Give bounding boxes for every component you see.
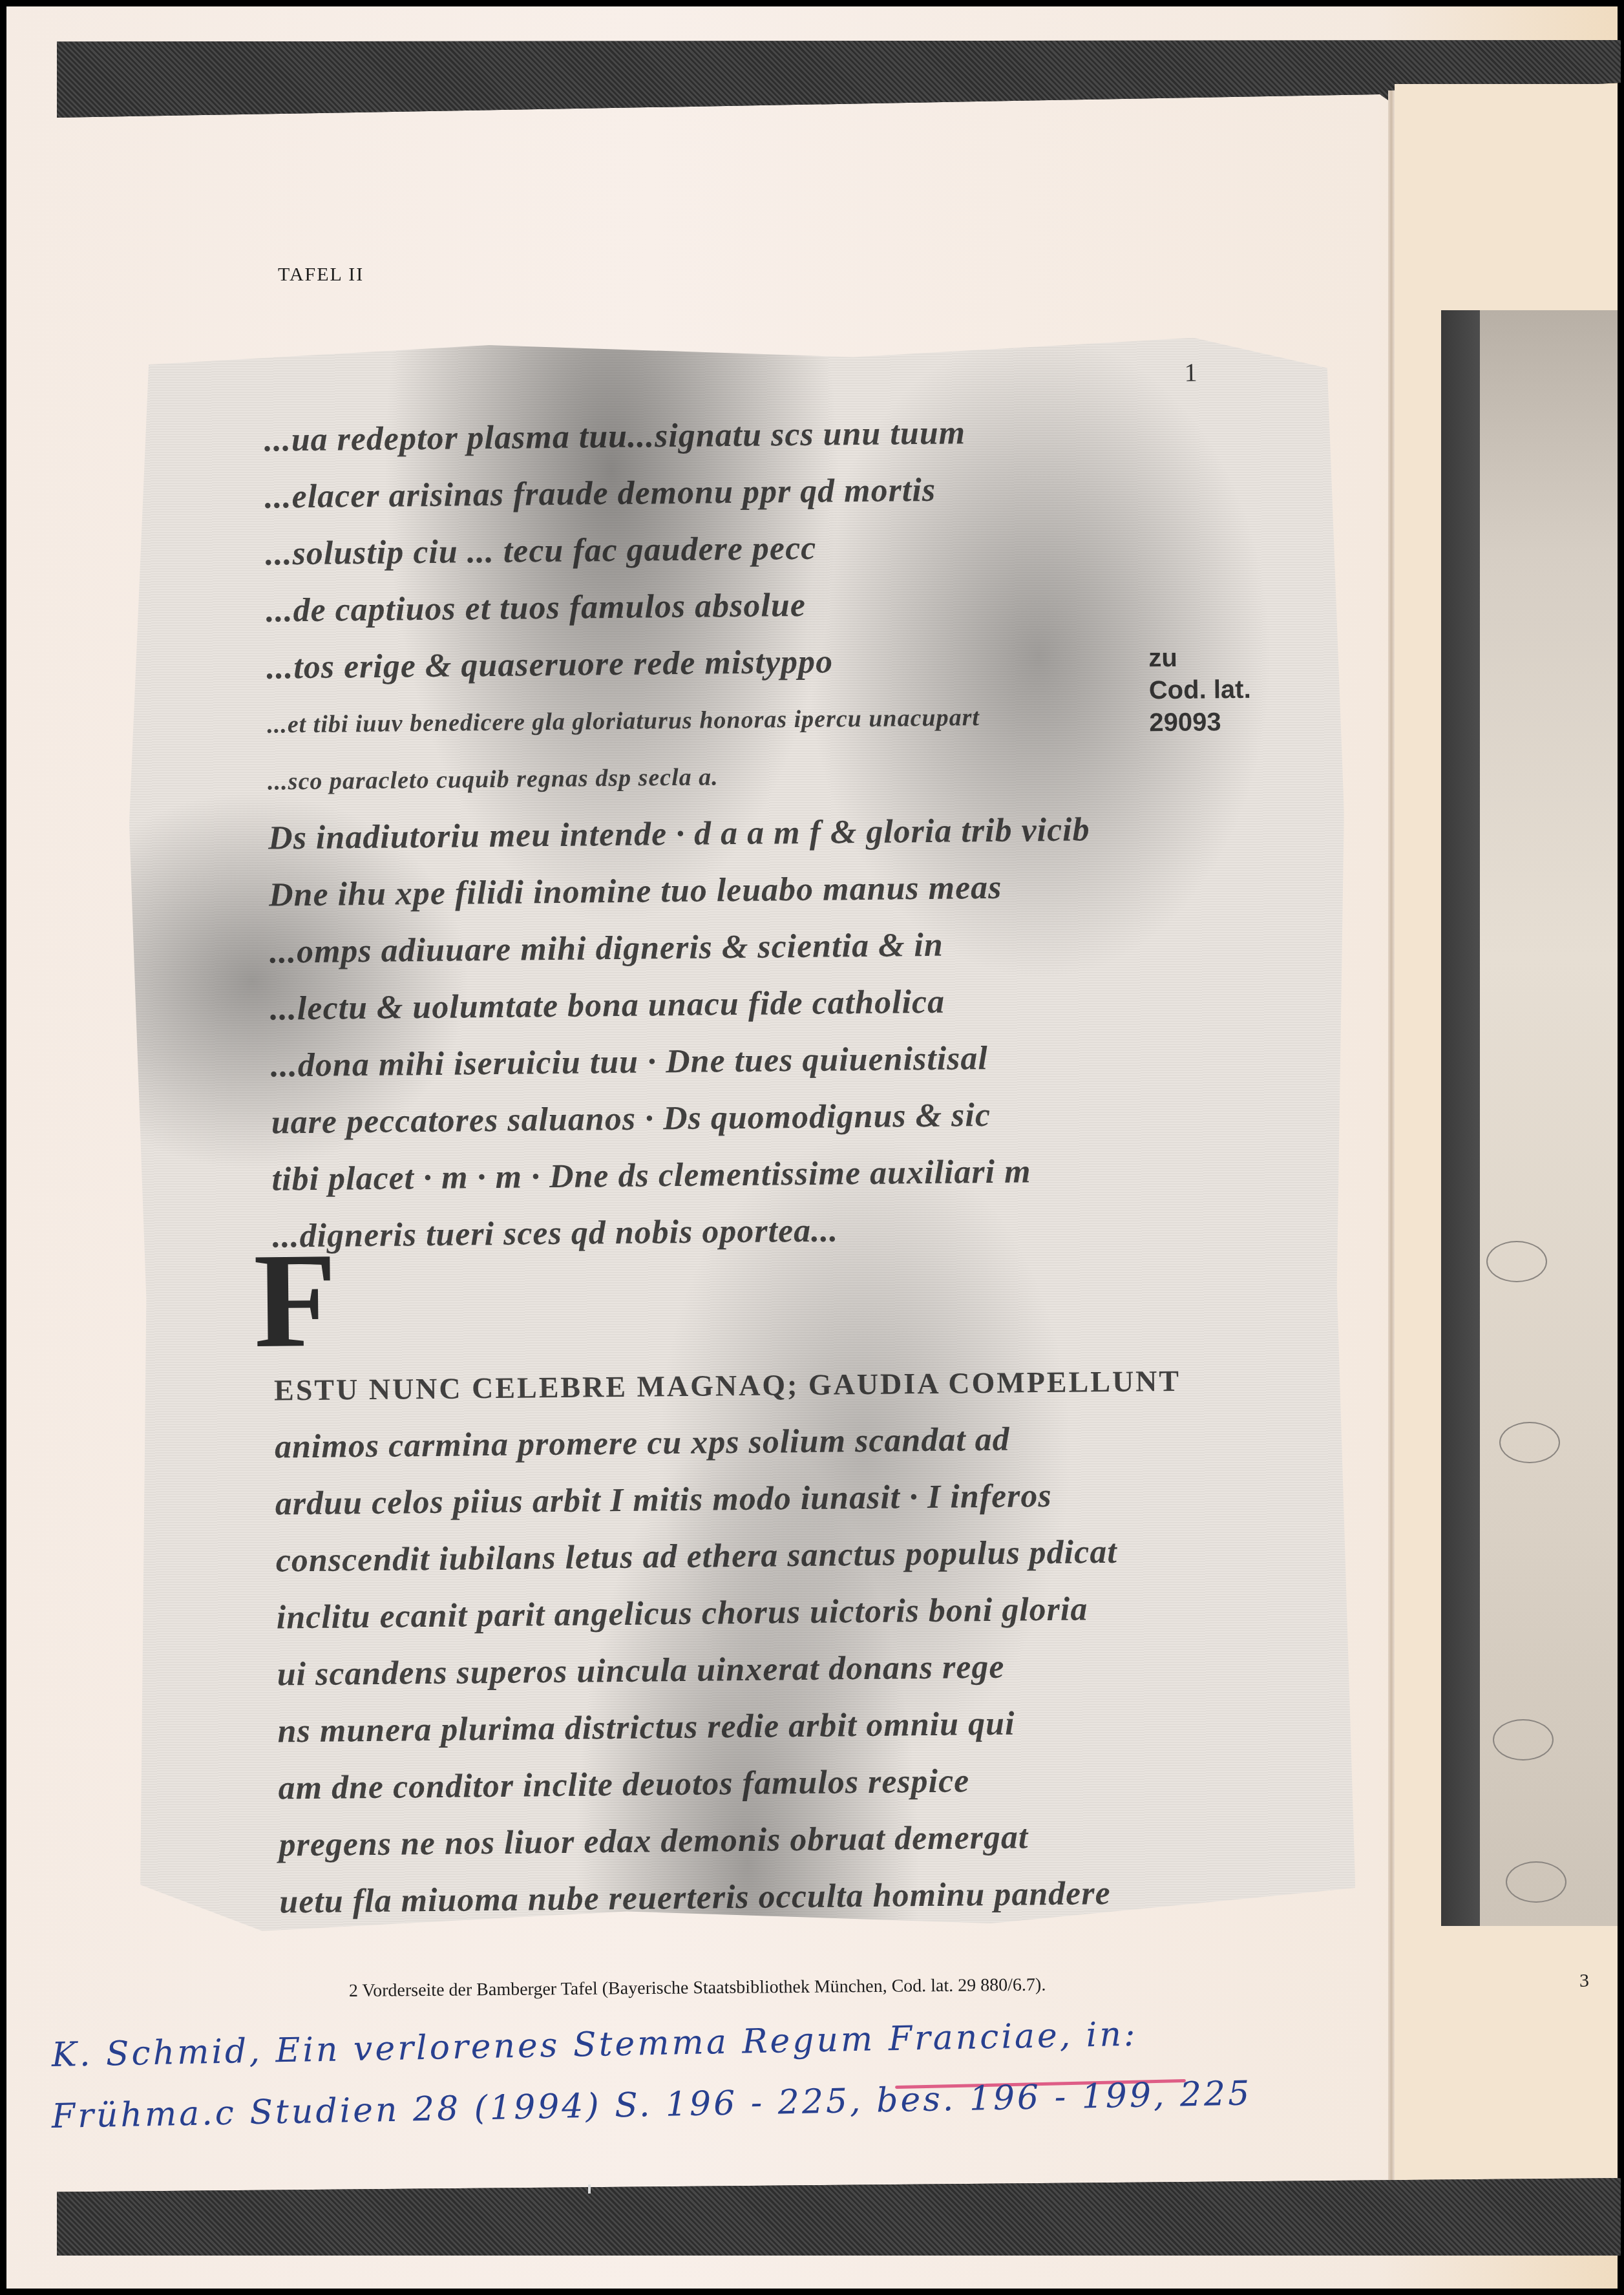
manuscript-photograph: 1 zu Cod. lat. 29093 F ...ua redeptor pl… <box>124 336 1356 1932</box>
stemma-node <box>1499 1422 1560 1463</box>
ms-line: pregens ne nos liuor edax demonis obruat… <box>279 1807 1216 1874</box>
book-gutter <box>1388 90 1395 2184</box>
ms-line: Dne ihu xpe filidi inomine tuo leuabo ma… <box>269 857 1207 924</box>
ms-line: ...de captiuos et tuos famulos absolue <box>266 573 1203 639</box>
ms-line: ...digneris tueri sces qd nobis oportea.… <box>272 1198 1210 1265</box>
ms-line: ...et tibi iuuv benedicere gla gloriatur… <box>267 686 1205 753</box>
stemma-node <box>1493 1719 1554 1761</box>
ms-line: ...dona mihi iseruiciu tuu · Dne tues qu… <box>270 1028 1208 1094</box>
ms-line: conscendit iubilans letus ad ethera sanc… <box>275 1523 1213 1589</box>
plate-label: TAFEL II <box>278 264 364 286</box>
stemma-node <box>1486 1241 1547 1282</box>
ms-line: Ds inadiutoriu meu intende · d a a m f &… <box>268 800 1206 867</box>
ms-line: arduu celos piius arbit I mitis modo iun… <box>275 1466 1212 1532</box>
ms-line: ns munera plurima districtus redie arbit… <box>277 1693 1215 1760</box>
ms-line: ...omps adiuuare mihi digneris & scienti… <box>269 914 1207 980</box>
stemma-node <box>1506 1861 1566 1903</box>
ms-line: ui scandens superos uincula uinxerat don… <box>277 1636 1214 1703</box>
ms-line: am dne conditor inclite deuotos famulos … <box>278 1750 1216 1817</box>
ms-line: ESTU NUNC CELEBRE MAGNAQ; GAUDIA COMPELL… <box>274 1352 1212 1419</box>
ms-line: ...lectu & uolumtate bona unacu fide cat… <box>269 971 1207 1037</box>
ms-line: ...sco paracleto cuquib regnas dsp secla… <box>268 743 1205 810</box>
facing-page-photo <box>1441 310 1618 1926</box>
facing-photo-stemma <box>1480 310 1618 1926</box>
ms-line: ...solustip ciu ... tecu fac gaudere pec… <box>265 516 1203 582</box>
page-number: 3 <box>1579 1970 1589 1992</box>
manuscript-text: ...ua redeptor plasma tuu...signatu scs … <box>264 402 1218 2101</box>
ms-line: tibi placet · m · m · Dne ds clementissi… <box>271 1141 1209 1208</box>
folio-mark: 1 <box>1184 357 1197 388</box>
ms-line: uare peccatores saluanos · Ds quomodignu… <box>271 1084 1208 1151</box>
ms-line: ...tos erige & quaseruore rede mistyppo <box>266 629 1204 696</box>
scan-speck <box>588 2184 591 2194</box>
ms-line: inclitu ecanit parit angelicus chorus ui… <box>276 1580 1214 1646</box>
ms-line: animos carmina promere cu xps solium sca… <box>275 1409 1212 1475</box>
section-gap <box>273 1255 1210 1362</box>
ms-line: ...ua redeptor plasma tuu...signatu scs … <box>264 402 1201 469</box>
ms-line: ...elacer arisinas fraude demonu ppr qd … <box>264 459 1202 525</box>
